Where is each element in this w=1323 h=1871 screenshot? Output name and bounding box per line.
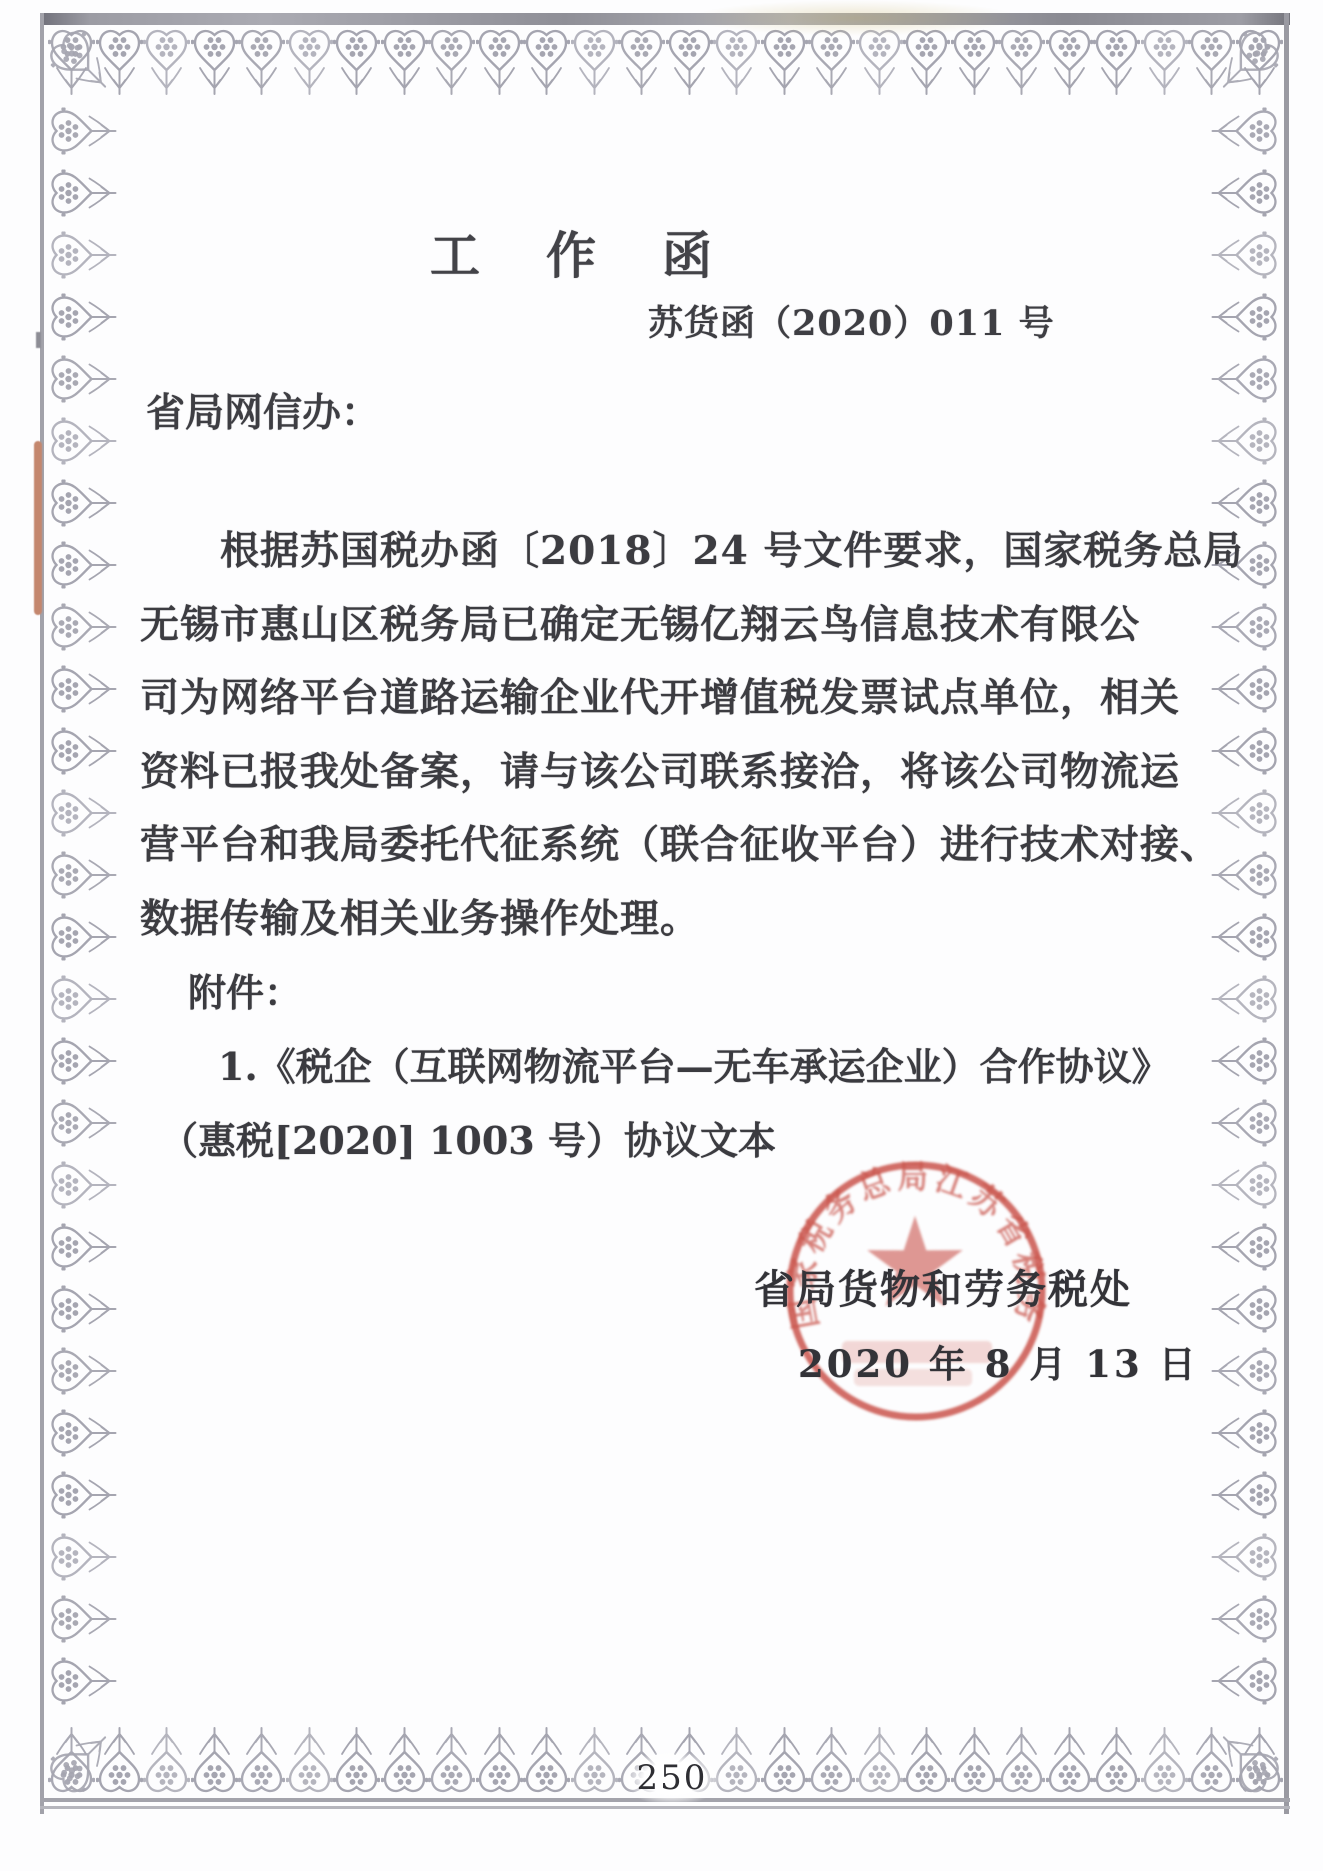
lace-tile xyxy=(761,26,809,104)
lace-tile xyxy=(1206,658,1284,720)
lace-tile xyxy=(1093,26,1141,104)
lace-motif xyxy=(951,1724,998,1796)
lace-motif xyxy=(571,26,618,98)
lace-motif xyxy=(1209,1596,1281,1643)
lace-tile xyxy=(1206,968,1284,1030)
lace-motif xyxy=(47,1658,119,1705)
lace-motif xyxy=(1209,232,1281,279)
lace-tile xyxy=(856,1718,904,1796)
lace-tile xyxy=(571,26,619,104)
lace-tile xyxy=(998,1718,1046,1796)
lace-motif xyxy=(1209,666,1281,713)
lace-motif xyxy=(47,1348,119,1395)
page-number: 250 xyxy=(637,1758,708,1798)
lace-tile xyxy=(1206,224,1284,286)
lace-motif xyxy=(47,1596,119,1643)
lace-tile xyxy=(44,658,122,720)
lace-tile xyxy=(286,26,334,104)
lace-motif xyxy=(666,26,713,98)
lace-tile xyxy=(1046,1718,1094,1796)
lace-tile xyxy=(44,472,122,534)
lace-tile xyxy=(286,1718,334,1796)
lace-motif xyxy=(1209,1658,1281,1705)
lace-tile xyxy=(1206,100,1284,162)
lace-motif xyxy=(47,976,119,1023)
lace-motif xyxy=(1209,170,1281,217)
lace-tile xyxy=(44,1402,122,1464)
lace-tile xyxy=(44,348,122,410)
lace-tile xyxy=(1206,596,1284,658)
lace-motif xyxy=(47,1162,119,1209)
lace-motif xyxy=(1141,1724,1188,1796)
lace-motif xyxy=(47,604,119,651)
lace-tile xyxy=(238,26,286,104)
border-right-line xyxy=(1284,13,1289,1814)
lace-motif xyxy=(47,1534,119,1581)
lace-motif xyxy=(47,666,119,713)
lace-motif xyxy=(47,1410,119,1457)
lace-motif xyxy=(1209,1348,1281,1395)
lace-corner-top-right xyxy=(1208,26,1284,102)
lace-motif xyxy=(47,232,119,279)
lace-tile xyxy=(44,1340,122,1402)
lace-motif xyxy=(1141,26,1188,98)
lace-tile xyxy=(1206,906,1284,968)
lace-motif xyxy=(381,26,428,98)
lace-tile xyxy=(333,26,381,104)
lace-motif xyxy=(1204,22,1288,106)
lace-motif xyxy=(47,1472,119,1519)
lace-tile xyxy=(1206,1588,1284,1650)
lace-tile xyxy=(476,26,524,104)
lace-tile xyxy=(1206,410,1284,472)
lace-motif xyxy=(238,26,285,98)
lace-tile xyxy=(761,1718,809,1796)
lace-motif xyxy=(476,26,523,98)
lace-motif xyxy=(47,1100,119,1147)
lace-tile xyxy=(44,162,122,224)
lace-tile xyxy=(44,1154,122,1216)
lace-motif xyxy=(47,914,119,961)
lace-tile xyxy=(44,410,122,472)
lace-tile xyxy=(1093,1718,1141,1796)
lace-motif xyxy=(47,1038,119,1085)
lace-tile xyxy=(381,1718,429,1796)
lace-tile xyxy=(1206,1092,1284,1154)
lace-tile xyxy=(1206,1464,1284,1526)
lace-motif xyxy=(428,1724,475,1796)
lace-tile xyxy=(44,224,122,286)
lace-motif xyxy=(47,170,119,217)
lace-tile xyxy=(44,1278,122,1340)
lace-tile xyxy=(1206,1030,1284,1092)
lace-tile xyxy=(44,782,122,844)
lace-motif xyxy=(761,1724,808,1796)
lace-tile xyxy=(143,1718,191,1796)
lace-tile xyxy=(1206,162,1284,224)
lace-motif xyxy=(476,1724,523,1796)
lace-motif xyxy=(1093,1724,1140,1796)
lace-border-top xyxy=(48,26,1284,104)
lace-motif xyxy=(523,1724,570,1796)
body-paragraph: 根据苏国税办函〔2018〕24 号文件要求，国家税务总局无锡市惠山区税务局已确定… xyxy=(140,515,1105,956)
lace-motif xyxy=(1209,294,1281,341)
lace-tile xyxy=(191,1718,239,1796)
lace-motif xyxy=(713,26,760,98)
lace-motif xyxy=(856,26,903,98)
lace-motif xyxy=(381,1724,428,1796)
lace-motif xyxy=(47,542,119,589)
body-line: 无锡市惠山区税务局已确定无锡亿翔云鸟信息技术有限公 xyxy=(140,589,1105,663)
lace-motif xyxy=(1209,914,1281,961)
lace-tile xyxy=(571,1718,619,1796)
lace-motif xyxy=(1209,418,1281,465)
body-line: 司为网络平台道路运输企业代开增值税发票试点单位，相关 xyxy=(140,662,1105,736)
lace-tile xyxy=(1206,1278,1284,1340)
lace-tile xyxy=(44,968,122,1030)
lace-motif xyxy=(1209,1038,1281,1085)
lace-motif xyxy=(951,26,998,98)
lace-motif xyxy=(428,26,475,98)
lace-tile xyxy=(713,26,761,104)
lace-motif xyxy=(1204,1718,1288,1802)
lace-tile xyxy=(808,1718,856,1796)
lace-tile xyxy=(808,26,856,104)
lace-motif xyxy=(47,1286,119,1333)
lace-motif xyxy=(40,1718,124,1802)
lace-tile xyxy=(44,1464,122,1526)
lace-corner-bottom-right xyxy=(1208,1722,1284,1798)
lace-motif xyxy=(238,1724,285,1796)
lace-motif xyxy=(903,26,950,98)
lace-motif xyxy=(1209,728,1281,775)
lace-tile xyxy=(1046,26,1094,104)
border-top-line xyxy=(40,13,1290,25)
lace-motif xyxy=(1046,26,1093,98)
lace-tile xyxy=(238,1718,286,1796)
lace-tile xyxy=(1206,1154,1284,1216)
lace-motif xyxy=(143,26,190,98)
body-line: 根据苏国税办函〔2018〕24 号文件要求，国家税务总局 xyxy=(140,515,1105,589)
border-bottom-line-inner xyxy=(40,1806,1290,1809)
lace-motif xyxy=(333,1724,380,1796)
lace-motif xyxy=(47,418,119,465)
lace-tile xyxy=(1206,1526,1284,1588)
lace-motif xyxy=(1209,356,1281,403)
lace-motif xyxy=(1209,480,1281,527)
lace-motif xyxy=(47,356,119,403)
lace-motif xyxy=(761,26,808,98)
lace-tile xyxy=(428,26,476,104)
lace-tile xyxy=(44,1526,122,1588)
body-line: 营平台和我局委托代征系统（联合征收平台）进行技术对接、 xyxy=(140,809,1105,883)
lace-motif xyxy=(47,294,119,341)
lace-tile xyxy=(44,1588,122,1650)
lace-tile xyxy=(523,1718,571,1796)
lace-tile xyxy=(44,1030,122,1092)
lace-tile xyxy=(44,720,122,782)
lace-motif xyxy=(1209,1286,1281,1333)
lace-tile xyxy=(191,26,239,104)
lace-motif xyxy=(1209,976,1281,1023)
lace-tile xyxy=(44,286,122,348)
letter-title: 工 作 函 xyxy=(430,216,720,288)
attachment-item: 1.《税企（互联网物流平台—无车承运企业）合作协议》 xyxy=(218,1036,1170,1091)
lace-tile xyxy=(856,26,904,104)
lace-motif xyxy=(618,26,665,98)
lace-tile xyxy=(1206,720,1284,782)
lace-motif xyxy=(47,728,119,775)
lace-tile xyxy=(1141,26,1189,104)
lace-tile xyxy=(381,26,429,104)
lace-motif xyxy=(191,1724,238,1796)
lace-motif xyxy=(47,108,119,155)
lace-tile xyxy=(44,906,122,968)
lace-motif xyxy=(47,480,119,527)
signing-department: 省局货物和劳务税处 xyxy=(754,1258,1132,1315)
lace-motif xyxy=(808,1724,855,1796)
lace-tile xyxy=(951,26,999,104)
lace-tile xyxy=(1206,1216,1284,1278)
lace-tile xyxy=(333,1718,381,1796)
attachment-label: 附件： xyxy=(188,962,302,1017)
lace-motif xyxy=(191,26,238,98)
lace-tile xyxy=(44,1650,122,1712)
lace-motif xyxy=(1209,1100,1281,1147)
lace-tile xyxy=(44,844,122,906)
lace-tile xyxy=(1141,1718,1189,1796)
lace-tile xyxy=(1206,1650,1284,1712)
document-number: 苏货函（2020）011 号 xyxy=(648,296,1055,346)
lace-tile xyxy=(44,1092,122,1154)
lace-motif xyxy=(856,1724,903,1796)
lace-border-right xyxy=(1206,100,1284,1720)
lace-tile xyxy=(1206,348,1284,410)
lace-tile xyxy=(44,1216,122,1278)
body-line: 资料已报我处备案，请与该公司联系接洽，将该公司物流运 xyxy=(140,736,1105,810)
lace-motif xyxy=(1209,1472,1281,1519)
lace-motif xyxy=(998,26,1045,98)
lace-tile xyxy=(1206,1340,1284,1402)
lace-motif xyxy=(40,22,124,106)
lace-tile xyxy=(428,1718,476,1796)
lace-motif xyxy=(47,852,119,899)
lace-motif xyxy=(47,1224,119,1271)
lace-tile xyxy=(1206,1402,1284,1464)
lace-motif xyxy=(523,26,570,98)
lace-motif xyxy=(903,1724,950,1796)
lace-corner-bottom-left xyxy=(44,1722,120,1798)
lace-motif xyxy=(333,26,380,98)
lace-tile xyxy=(476,1718,524,1796)
lace-motif xyxy=(143,1724,190,1796)
lace-motif xyxy=(571,1724,618,1796)
lace-tile xyxy=(903,1718,951,1796)
lace-tile xyxy=(44,596,122,658)
signing-date: 2020 年 8 月 13 日 xyxy=(798,1334,1199,1388)
lace-tile xyxy=(44,100,122,162)
lace-motif xyxy=(286,26,333,98)
body-line: 数据传输及相关业务操作处理。 xyxy=(140,883,1105,957)
lace-tile xyxy=(1206,286,1284,348)
lace-tile xyxy=(618,26,666,104)
lace-tile xyxy=(44,534,122,596)
lace-motif xyxy=(1209,1224,1281,1271)
lace-motif xyxy=(808,26,855,98)
lace-motif xyxy=(1209,1410,1281,1457)
attachment-reference: （惠税[2020] 1003 号）协议文本 xyxy=(160,1110,776,1165)
lace-corner-top-left xyxy=(44,26,120,102)
lace-motif xyxy=(998,1724,1045,1796)
lace-motif xyxy=(1209,604,1281,651)
lace-tile xyxy=(903,26,951,104)
lace-motif xyxy=(1209,1534,1281,1581)
page-number-area: 250 xyxy=(622,1750,722,1806)
lace-motif xyxy=(1209,108,1281,155)
lace-border-left xyxy=(44,100,122,1720)
lace-motif xyxy=(1046,1724,1093,1796)
lace-tile xyxy=(951,1718,999,1796)
salutation: 省局网信办： xyxy=(146,382,380,438)
lace-tile xyxy=(666,26,714,104)
lace-tile xyxy=(998,26,1046,104)
lace-motif xyxy=(1093,26,1140,98)
scanned-letter-page: 工 作 函 苏货函（2020）011 号 省局网信办： 根据苏国税办函〔2018… xyxy=(0,0,1323,1871)
lace-motif xyxy=(47,790,119,837)
lace-motif xyxy=(286,1724,333,1796)
lace-motif xyxy=(1209,1162,1281,1209)
lace-tile xyxy=(1206,472,1284,534)
lace-tile xyxy=(143,26,191,104)
lace-tile xyxy=(523,26,571,104)
